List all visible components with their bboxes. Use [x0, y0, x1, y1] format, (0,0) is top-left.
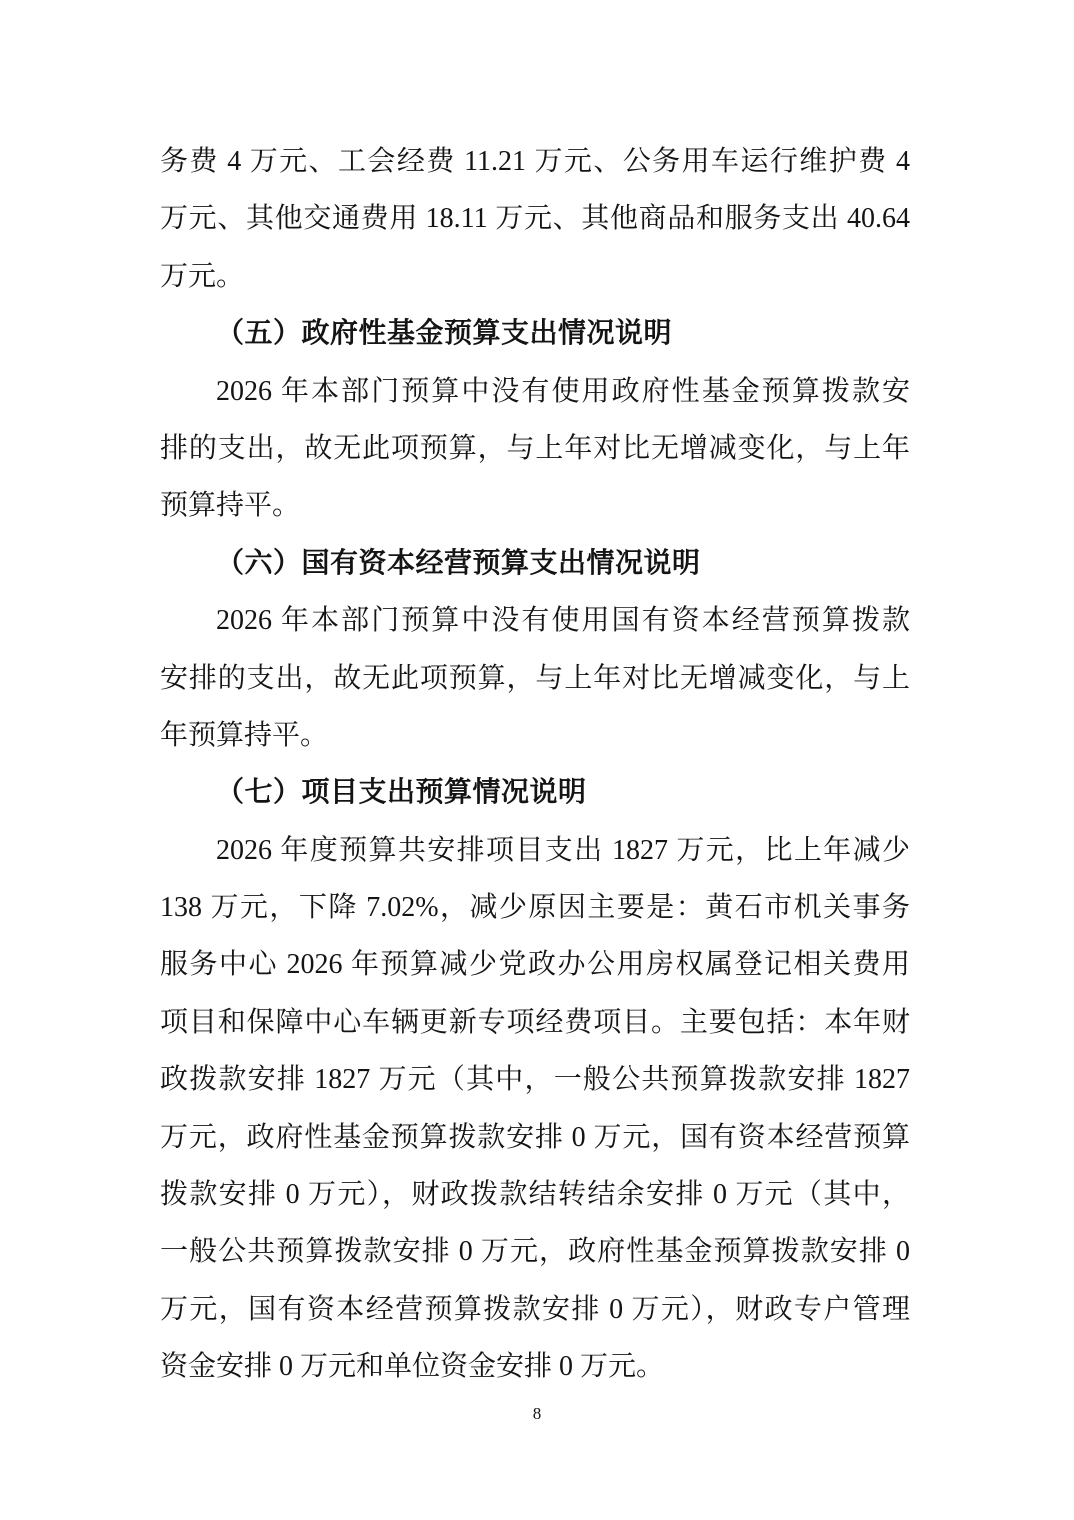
text-line: 务费 4 万元、工会经费 11.21 万元、公务用车运行维护费 4	[160, 133, 910, 190]
text-line: 年预算持平。	[160, 707, 910, 764]
text-line: 排的支出，故无此项预算，与上年对比无增减变化，与上年	[160, 420, 910, 477]
text-line: 拨款安排 0 万元），财政拨款结转结余安排 0 万元（其中，	[160, 1166, 910, 1223]
document-page: 务费 4 万元、工会经费 11.21 万元、公务用车运行维护费 4万元、其他交通…	[0, 0, 1074, 1520]
text-line: 万元，国有资本经营预算拨款安排 0 万元），财政专户管理	[160, 1281, 910, 1338]
page-footer: 8	[0, 1402, 1074, 1426]
text-line: 2026 年本部门预算中没有使用国有资本经营预算拨款	[160, 592, 910, 649]
text-line: 2026 年本部门预算中没有使用政府性基金预算拨款安	[160, 363, 910, 420]
text-line: 一般公共预算拨款安排 0 万元，政府性基金预算拨款安排 0	[160, 1223, 910, 1280]
document-body: 务费 4 万元、工会经费 11.21 万元、公务用车运行维护费 4万元、其他交通…	[160, 133, 910, 1396]
text-line: 138 万元，下降 7.02%，减少原因主要是：黄石市机关事务	[160, 879, 910, 936]
text-line: 2026 年度预算共安排项目支出 1827 万元，比上年减少	[160, 822, 910, 879]
text-line: 万元、其他交通费用 18.11 万元、其他商品和服务支出 40.64	[160, 190, 910, 247]
text-line: 安排的支出，故无此项预算，与上年对比无增减变化，与上	[160, 650, 910, 707]
section-heading: （五）政府性基金预算支出情况说明	[160, 305, 910, 362]
text-line: 资金安排 0 万元和单位资金安排 0 万元。	[160, 1338, 910, 1395]
text-line: 服务中心 2026 年预算减少党政办公用房权属登记相关费用	[160, 936, 910, 993]
text-line: 政拨款安排 1827 万元（其中，一般公共预算拨款安排 1827	[160, 1051, 910, 1108]
text-line: 万元，政府性基金预算拨款安排 0 万元，国有资本经营预算	[160, 1109, 910, 1166]
text-line: 项目和保障中心车辆更新专项经费项目。主要包括：本年财	[160, 994, 910, 1051]
page-number: 8	[533, 1404, 542, 1423]
text-line: 万元。	[160, 248, 910, 305]
section-heading: （七）项目支出预算情况说明	[160, 764, 910, 821]
text-line: 预算持平。	[160, 477, 910, 534]
section-heading: （六）国有资本经营预算支出情况说明	[160, 535, 910, 592]
